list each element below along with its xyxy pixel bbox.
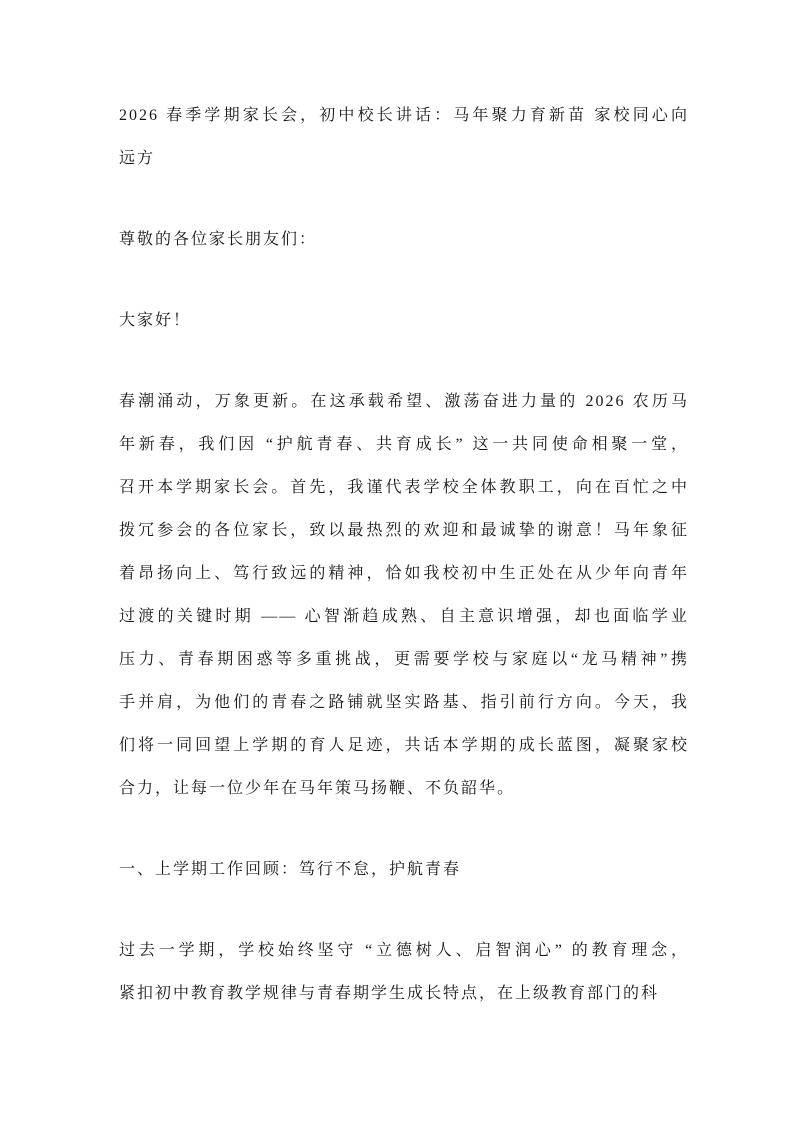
paragraph-line: 合力，让每一位少年在马年策马扬鞭、不负韶华。 xyxy=(119,767,689,810)
section-heading: 一、上学期工作回顾：笃行不怠，护航青春 xyxy=(119,848,689,891)
paragraph-line: 年新春，我们因 “护航青春、共育成长” 这一共同使命相聚一堂， xyxy=(119,423,689,466)
paragraph-line: 大家好！ xyxy=(119,299,689,342)
title-line: 远方 xyxy=(119,137,689,180)
paragraph-line: 过渡的关键时期 —— 心智渐趋成熟、自主意识增强，却也面临学业 xyxy=(119,595,689,638)
title-line: 2026 春季学期家长会，初中校长讲话：马年聚力育新苗 家校同心向 xyxy=(119,94,689,137)
paragraph: 尊敬的各位家长朋友们： xyxy=(119,218,689,261)
paragraph-line: 春潮涌动，万象更新。在这承载希望、激荡奋进力量的 2026 农历马 xyxy=(119,380,689,423)
heading-line: 一、上学期工作回顾：笃行不怠，护航青春 xyxy=(119,848,689,891)
paragraph-line: 过去一学期，学校始终坚守 “立德树人、启智润心” 的教育理念， xyxy=(119,929,689,972)
paragraph-line: 手并肩，为他们的青春之路铺就坚实路基、指引前行方向。今天，我 xyxy=(119,681,689,724)
paragraph-line: 紧扣初中教育教学规律与青春期学生成长特点，在上级教育部门的科 xyxy=(119,972,689,1015)
paragraph-line: 压力、青春期困惑等多重挑战，更需要学校与家庭以“龙马精神”携 xyxy=(119,638,689,681)
paragraph-line: 着昂扬向上、笃行致远的精神，恰如我校初中生正处在从少年向青年 xyxy=(119,552,689,595)
paragraph: 大家好！ xyxy=(119,299,689,342)
paragraph: 春潮涌动，万象更新。在这承载希望、激荡奋进力量的 2026 农历马年新春，我们因… xyxy=(119,380,689,810)
paragraph-line: 召开本学期家长会。首先，我谨代表学校全体教职工，向在百忙之中 xyxy=(119,466,689,509)
paragraph-line: 拨冗参会的各位家长，致以最热烈的欢迎和最诚挚的谢意！马年象征 xyxy=(119,509,689,552)
paragraph-line: 们将一同回望上学期的育人足迹，共话本学期的成长蓝图，凝聚家校 xyxy=(119,724,689,767)
document-content: 2026 春季学期家长会，初中校长讲话：马年聚力育新苗 家校同心向远方尊敬的各位… xyxy=(119,94,689,1015)
document-title: 2026 春季学期家长会，初中校长讲话：马年聚力育新苗 家校同心向远方 xyxy=(119,94,689,180)
paragraph-line: 尊敬的各位家长朋友们： xyxy=(119,218,689,261)
paragraph: 过去一学期，学校始终坚守 “立德树人、启智润心” 的教育理念，紧扣初中教育教学规… xyxy=(119,929,689,1015)
document-page: 2026 春季学期家长会，初中校长讲话：马年聚力育新苗 家校同心向远方尊敬的各位… xyxy=(0,0,793,1122)
